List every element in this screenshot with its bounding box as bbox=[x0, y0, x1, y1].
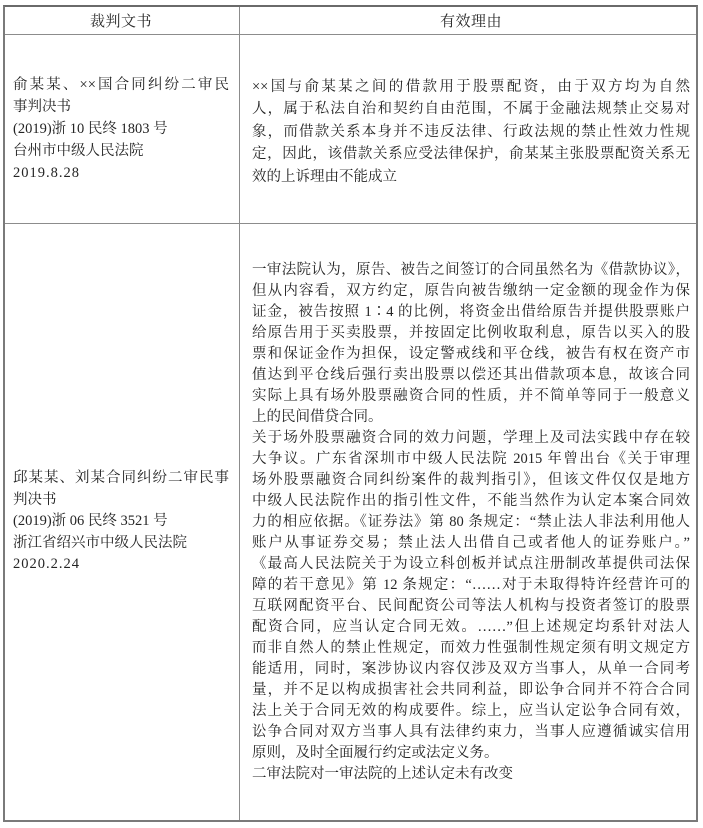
document-cell: 邱某某、刘某合同纠纷二审民事 判决书 (2019)浙 06 民终 3521 号 … bbox=[5, 224, 240, 820]
reason-line: 而非自然人的禁止性规定，而效力性强制性规定须有明文规定方 bbox=[252, 638, 690, 659]
reason-line: 障的若干意见》第 12 条规定：“……对于未取得特许经营许可的 bbox=[252, 575, 690, 596]
reason-line: 原则，及时全面履行约定或法定义务。 bbox=[252, 743, 690, 764]
reason-line: 账户从事证券交易；禁止法人出借自己或者他人的证券账户。” bbox=[252, 533, 690, 554]
document-title-line: 邱某某、刘某合同纠纷二审民事 bbox=[13, 468, 229, 490]
reason-line: 互联网配资平台、民间配资公司等法人机构与投资者签订的股票 bbox=[252, 596, 690, 617]
court-name: 台州市中级人民法院 bbox=[13, 140, 229, 162]
reason-line: 但从内容看，双方约定，原告向被告缴纳一定金额的现金作为保 bbox=[252, 281, 690, 302]
reason-line: ××国与俞某某之间的借款用于股票配资，由于双方均为自然 bbox=[252, 76, 690, 99]
reason-line: 给原告用于买卖股票，并按固定比例收取利息，原告以买入的股 bbox=[252, 323, 690, 344]
reason-line: 二审法院对一审法院的上述认定未有改变 bbox=[252, 764, 690, 785]
reason-line: 实际上具有场外股票融资合同的性质，并不简单等同于一般意义 bbox=[252, 386, 690, 407]
reason-line: 《最高人民法院关于为设立科创板并试点注册制改革提供司法保 bbox=[252, 554, 690, 575]
header-document-label: 裁判文书 bbox=[13, 10, 229, 31]
reason-line: 法上关于合同无效的构成要件。综上，应当认定讼争合同有效， bbox=[252, 701, 690, 722]
judgment-table: 裁判文书 有效理由 俞某某、××国合同纠纷二审民 事判决书 (2019)浙 10… bbox=[3, 5, 698, 822]
document-title-line: 俞某某、××国合同纠纷二审民 bbox=[13, 74, 229, 96]
court-name: 浙江省绍兴市中级人民法院 bbox=[13, 533, 229, 555]
reason-cell: ××国与俞某某之间的借款用于股票配资，由于双方均为自然 人，属于私法自治和契约自… bbox=[240, 35, 696, 224]
reason-line: 象，而借款关系本身并不违反法律、行政法规的禁止性效力性规 bbox=[252, 121, 690, 144]
reason-line: 定，因此，该借款关系应受法律保护，俞某某主张股票配资关系无 bbox=[252, 143, 690, 166]
reason-line: 场外股票融资合同纠纷案件的裁判指引》，但该文件仅仅是地方 bbox=[252, 470, 690, 491]
reason-line: 人，属于私法自治和契约自由范围，不属于金融法规禁止交易对 bbox=[252, 98, 690, 121]
reason-line: 关于场外股票融资合同的效力问题，学理上及司法实践中存在较 bbox=[252, 428, 690, 449]
header-document: 裁判文书 bbox=[5, 7, 240, 35]
reason-line: 效的上诉理由不能成立 bbox=[252, 166, 690, 189]
reason-line: 配资合同，应当认定合同无效。……”但上述规定均系针对法人 bbox=[252, 617, 690, 638]
reason-line: 能适用，同时，案涉协议内容仅涉及双方当事人，从单一合同考 bbox=[252, 659, 690, 680]
reason-line: 量，并不足以构成损害社会共同利益，即讼争合同并不符合合同 bbox=[252, 680, 690, 701]
document-title-line: 判决书 bbox=[13, 490, 229, 512]
reason-line: 讼争合同对双方当事人具有法律约束力，当事人应遵循诚实信用 bbox=[252, 722, 690, 743]
reason-line: 力的相应依据。《证券法》第 80 条规定：“禁止法人非法利用他人 bbox=[252, 512, 690, 533]
reason-line: 一审法院认为，原告、被告之间签订的合同虽然名为《借款协议》， bbox=[252, 260, 690, 281]
judgment-date: 2020.2.24 bbox=[13, 554, 229, 576]
reason-line: 票和保证金作为担保，设定警戒线和平仓线，被告有权在资产市 bbox=[252, 344, 690, 365]
judgment-date: 2019.8.28 bbox=[13, 162, 229, 184]
case-number: (2019)浙 10 民终 1803 号 bbox=[13, 118, 229, 140]
header-reason-label: 有效理由 bbox=[252, 10, 690, 31]
reason-cell: 一审法院认为，原告、被告之间签订的合同虽然名为《借款协议》， 但从内容看，双方约… bbox=[240, 224, 696, 820]
document-cell: 俞某某、××国合同纠纷二审民 事判决书 (2019)浙 10 民终 1803 号… bbox=[5, 35, 240, 224]
case-number: (2019)浙 06 民终 3521 号 bbox=[13, 511, 229, 533]
document-title-line: 事判决书 bbox=[13, 96, 229, 118]
reason-line: 大争议。广东省深圳市中级人民法院 2015 年曾出台《关于审理 bbox=[252, 449, 690, 470]
header-reason: 有效理由 bbox=[240, 7, 696, 35]
reason-line: 证金，被告按照 1∶4 的比例，将资金出借给原告并提供股票账户 bbox=[252, 302, 690, 323]
reason-line: 中级人民法院作出的指引性文件，不能当然作为认定本案合同效 bbox=[252, 491, 690, 512]
reason-line: 上的民间借贷合同。 bbox=[252, 407, 690, 428]
reason-line: 值达到平仓线后强行卖出股票以偿还其出借款项本息，故该合同 bbox=[252, 365, 690, 386]
